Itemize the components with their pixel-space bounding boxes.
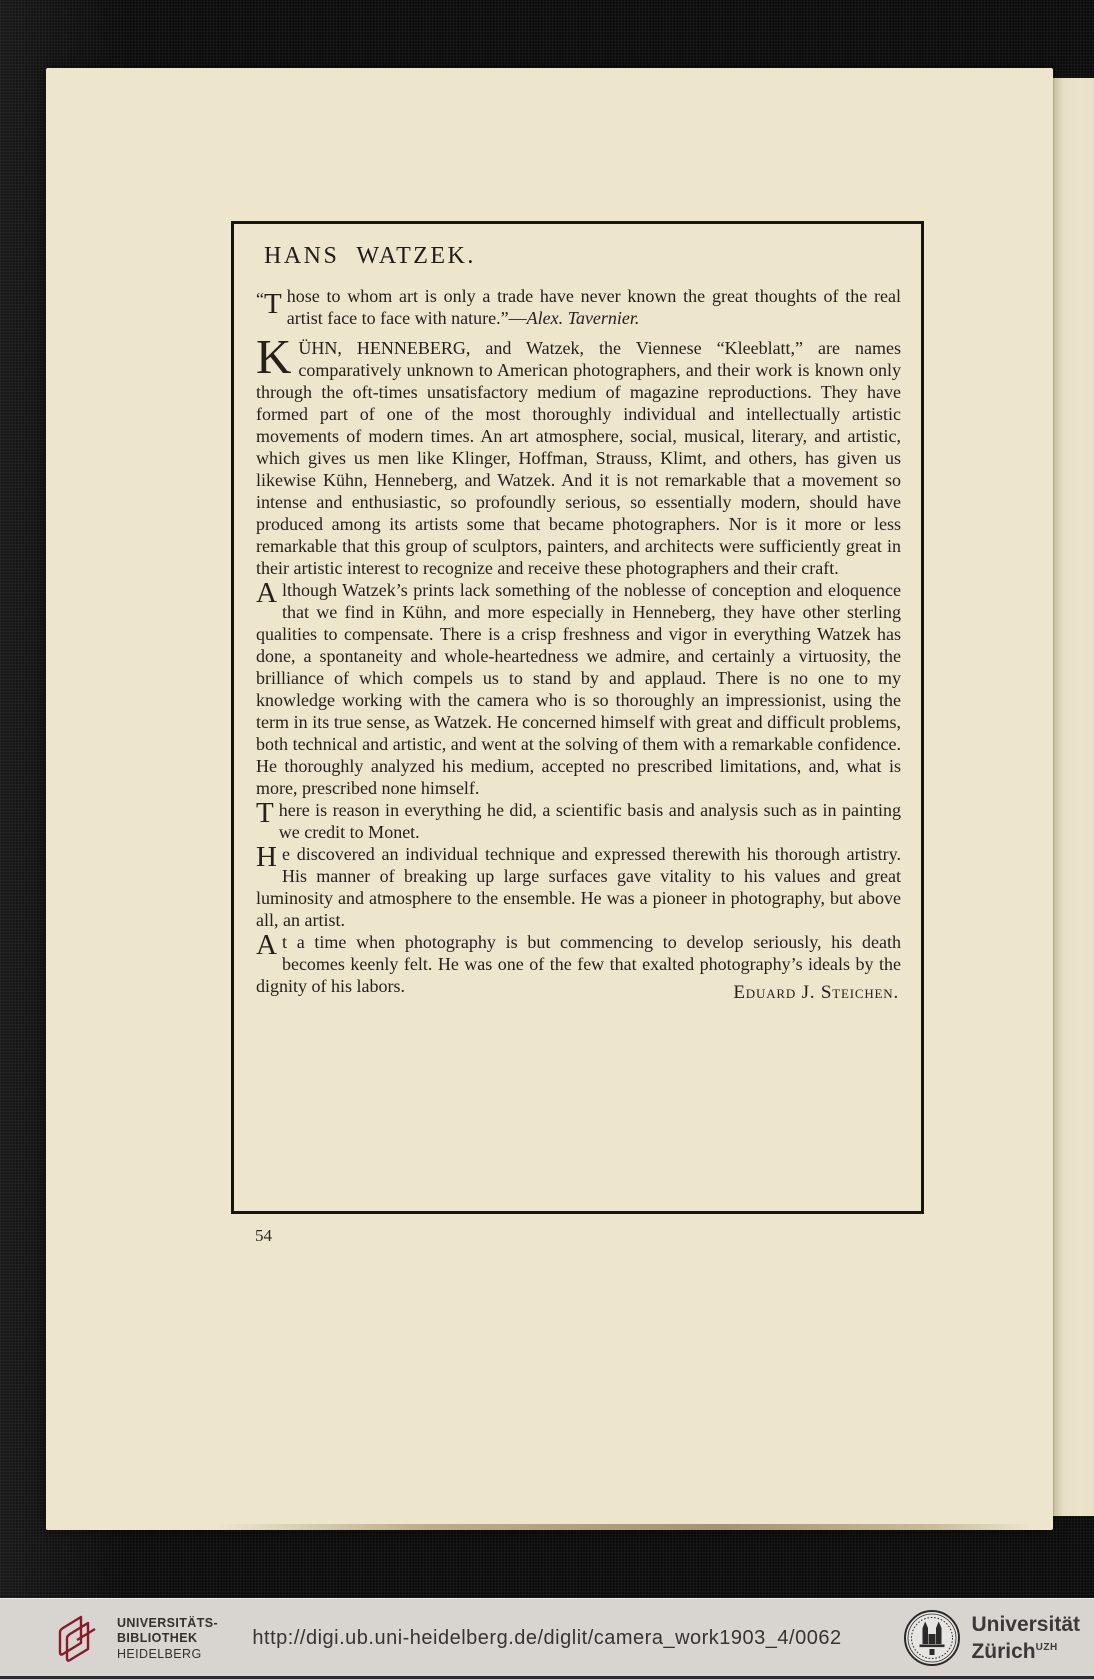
- page-title: HANS WATZEK.: [264, 243, 901, 270]
- paragraph-initial: A: [256, 579, 282, 622]
- paragraph: He discovered an individual technique an…: [256, 843, 901, 931]
- university-abbreviation: UZH: [1036, 1642, 1058, 1653]
- dropcap-initial: K: [256, 337, 298, 380]
- book-page: HANS WATZEK. “Those to whom art is only …: [46, 68, 1053, 1530]
- library-name-line1: UNIVERSITÄTS-: [117, 1616, 218, 1632]
- quote-initial: “T: [256, 285, 287, 328]
- scanned-page-viewport: HANS WATZEK. “Those to whom art is only …: [0, 0, 1094, 1679]
- uzh-seal-icon: [903, 1609, 961, 1667]
- university-name-line2: ZürichUZH: [971, 1636, 1080, 1663]
- paragraph-initial: T: [256, 799, 279, 842]
- open-book-icon: [54, 1611, 106, 1667]
- paragraph-text: e discovered an individual technique and…: [256, 844, 901, 930]
- quote-attribution: Alex. Tavernier.: [527, 308, 640, 328]
- university-name-line1: Universität: [971, 1613, 1080, 1636]
- paragraph: KÜHN, HENNEBERG, and Watzek, the Viennes…: [256, 337, 901, 579]
- paragraph: Although Watzek’s prints lack something …: [256, 579, 901, 799]
- library-name: UNIVERSITÄTS- BIBLIOTHEK HEIDELBERG: [117, 1616, 218, 1663]
- page-number: 54: [255, 1226, 272, 1246]
- digital-library-footer: UNIVERSITÄTS- BIBLIOTHEK HEIDELBERG http…: [0, 1598, 1094, 1679]
- library-name-line2: BIBLIOTHEK: [117, 1631, 218, 1647]
- epigraph-quote: “Those to whom art is only a trade have …: [256, 285, 901, 329]
- heidelberg-library-logo: UNIVERSITÄTS- BIBLIOTHEK HEIDELBERG: [54, 1611, 218, 1667]
- paragraph: There is reason in everything he did, a …: [256, 799, 901, 843]
- library-name-line3: HEIDELBERG: [117, 1647, 218, 1663]
- university-name-city: Zürich: [971, 1640, 1035, 1663]
- printed-text-frame: HANS WATZEK. “Those to whom art is only …: [231, 221, 924, 1214]
- university-name: Universität ZürichUZH: [971, 1613, 1080, 1663]
- paragraph-text: here is reason in everything he did, a s…: [279, 800, 901, 842]
- paragraph-initial: A: [256, 931, 282, 974]
- university-zurich-logo: Universität ZürichUZH: [903, 1609, 1080, 1667]
- paragraph: At a time when photography is but commen…: [256, 931, 901, 997]
- paragraph-initial: H: [256, 843, 282, 886]
- underlying-page-edge: [1053, 78, 1094, 1516]
- author-signature: Eduard J. Steichen.: [733, 982, 899, 1004]
- document-url: http://digi.ub.uni-heidelberg.de/diglit/…: [252, 1627, 841, 1650]
- paragraph-text: ÜHN, HENNEBERG, and Watzek, the Viennese…: [256, 338, 901, 578]
- paragraph-text: lthough Watzek’s prints lack something o…: [256, 580, 901, 798]
- essay-body: “Those to whom art is only a trade have …: [256, 285, 901, 997]
